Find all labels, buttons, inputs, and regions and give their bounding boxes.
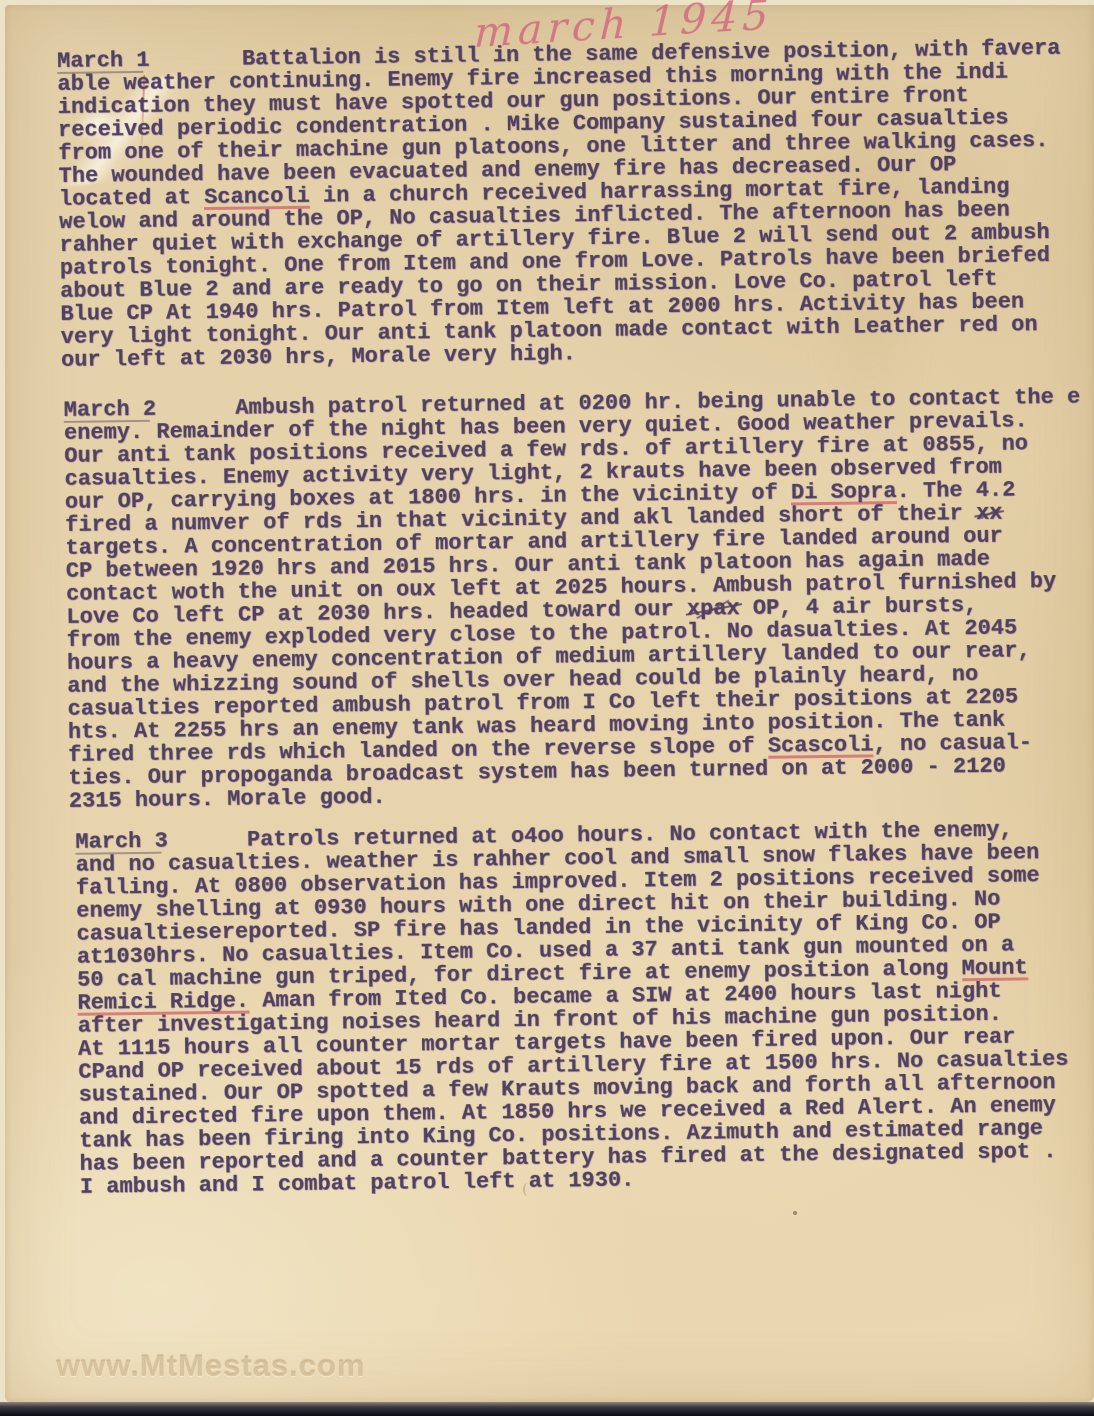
struck-out-text: xx (976, 502, 1003, 525)
struck-out-text: xpax (687, 597, 740, 621)
watermark: www.MtMestas.com (56, 1348, 365, 1384)
journal-entry-3: March 3 Patrols returned at o4oo hours. … (67, 817, 1094, 1199)
scanner-edge (0, 1402, 1094, 1416)
typewritten-text: March 1 Battalion is still in the same d… (57, 36, 1094, 1225)
document-scan: March 1945 March 1 Battalion is still in… (0, 0, 1094, 1416)
journal-entry-1: March 1 Battalion is still in the same d… (57, 36, 1094, 372)
journal-entry-2: March 2 Ambush patrol returned at 0200 h… (62, 385, 1094, 812)
